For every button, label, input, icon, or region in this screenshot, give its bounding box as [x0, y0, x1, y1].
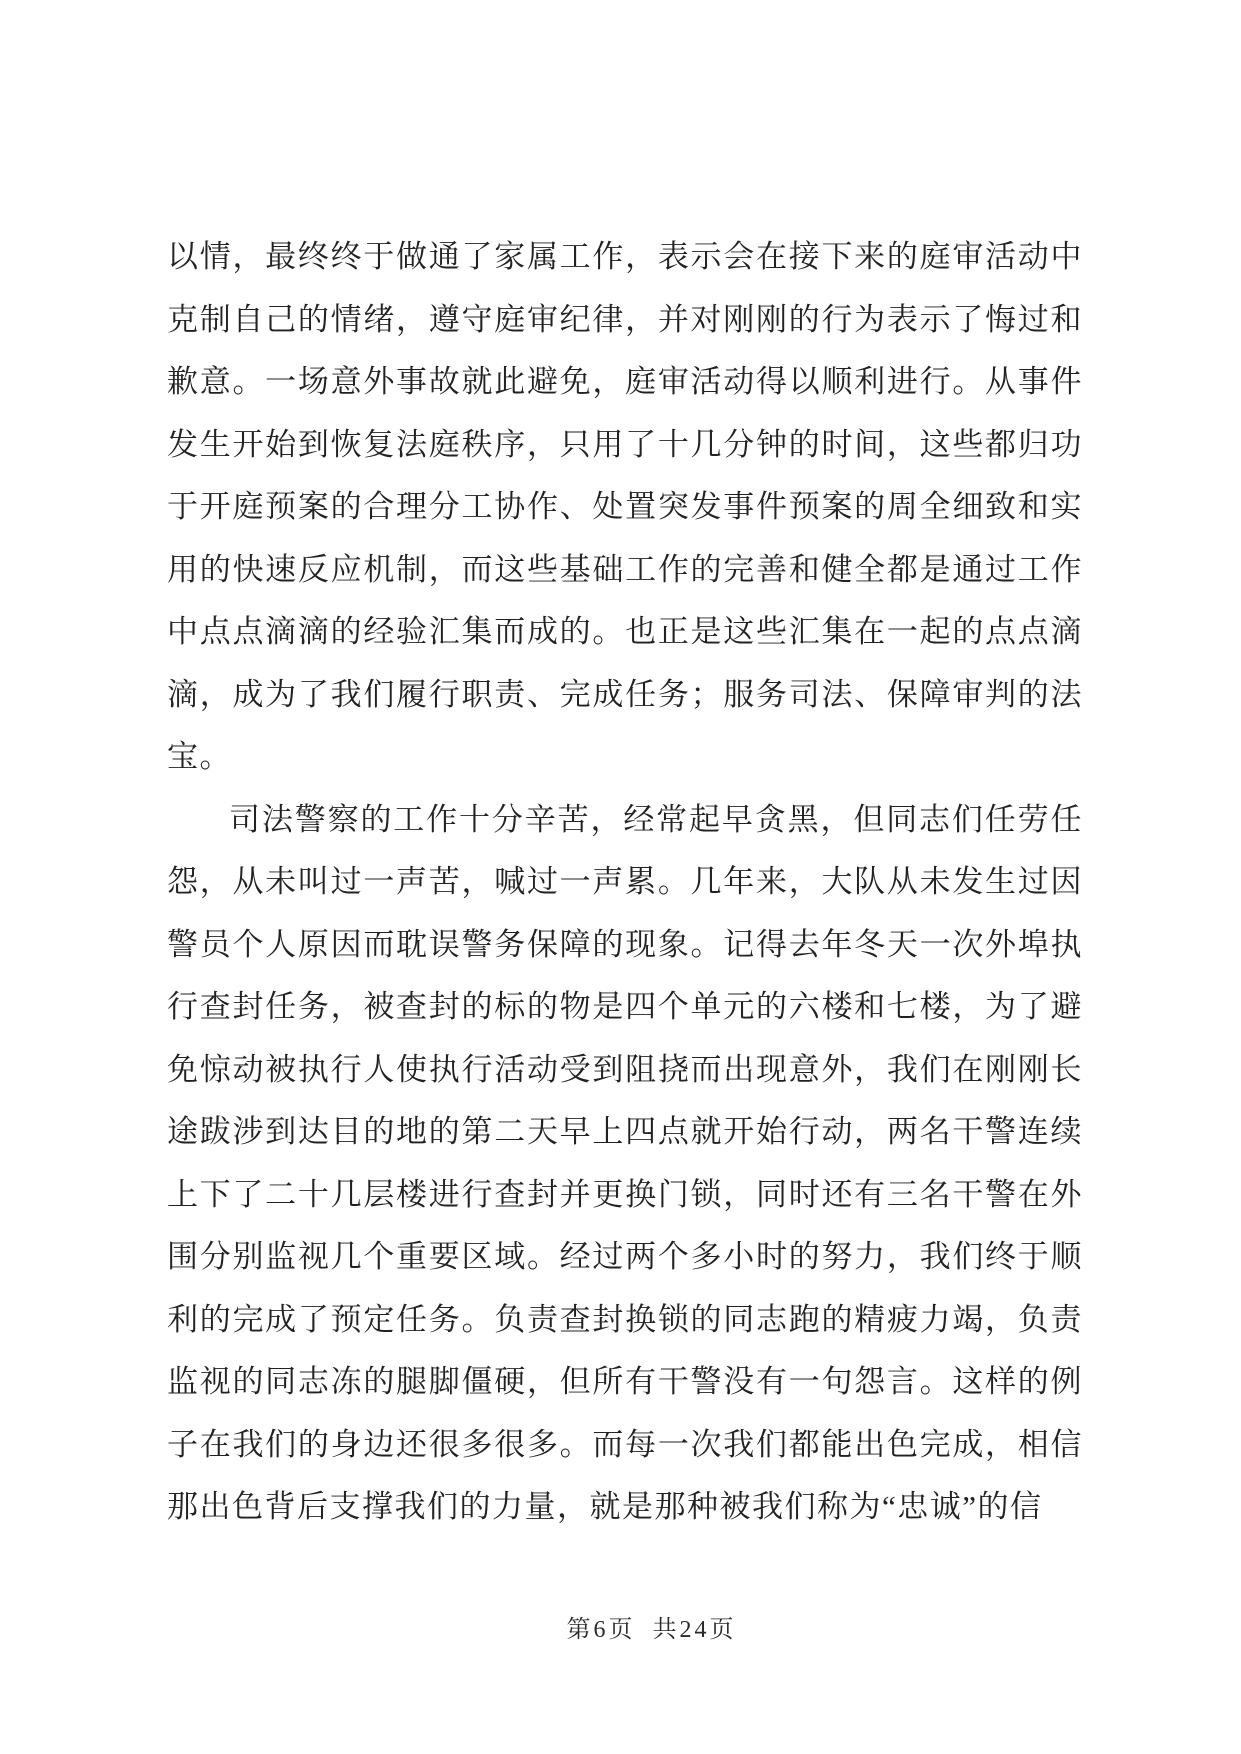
- paragraph-1: 以情，最终终于做通了家属工作，表示会在接下来的庭审活动中克制自己的情绪，遵守庭审…: [167, 226, 1083, 789]
- page-footer: 第6页 共24页: [62, 1615, 1241, 1645]
- document-body: 以情，最终终于做通了家属工作，表示会在接下来的庭审活动中克制自己的情绪，遵守庭审…: [167, 226, 1083, 1539]
- paragraph-2: 司法警察的工作十分辛苦，经常起早贪黑，但同志们任劳任怨，从未叫过一声苦，喊过一声…: [167, 789, 1083, 1539]
- document-page: 以情，最终终于做通了家属工作，表示会在接下来的庭审活动中克制自己的情绪，遵守庭审…: [0, 0, 1241, 1754]
- page-number-text: 第6页 共24页: [567, 1617, 737, 1643]
